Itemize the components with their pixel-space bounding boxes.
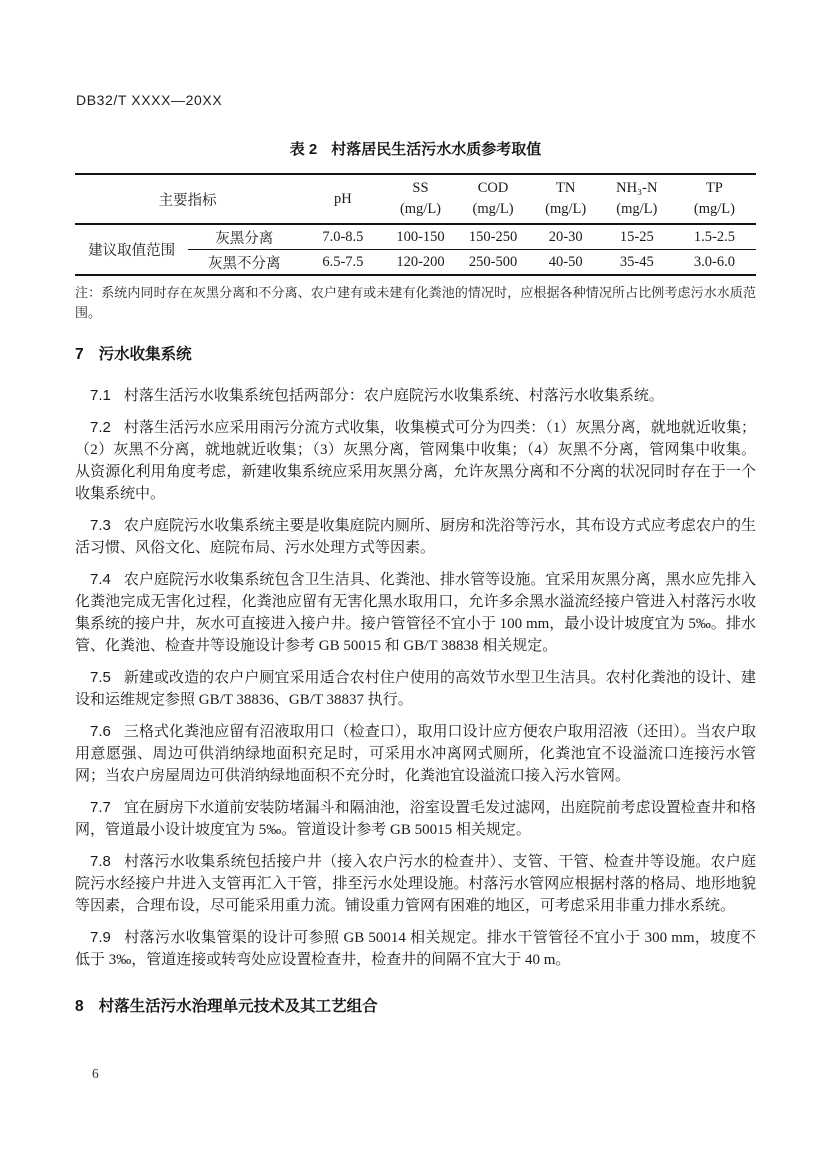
- table-cell: 6.5-7.5: [300, 250, 385, 276]
- table-cell: 3.0-6.0: [673, 250, 756, 276]
- table-cell: 7.0-8.5: [300, 224, 385, 250]
- document-code: DB32/T XXXX—20XX: [76, 92, 222, 108]
- table-cell: 15-25: [601, 224, 673, 250]
- table-header-nh3n: NH₃-N(mg/L): [601, 174, 673, 224]
- table-header-row: 主要指标 pH SS(mg/L) COD(mg/L) TN(mg/L) NH₃-…: [75, 174, 756, 224]
- table-cell: 250-500: [456, 250, 531, 276]
- section-7-heading: 7污水收集系统: [75, 345, 756, 365]
- table-cell: 100-150: [385, 224, 455, 250]
- table-row: 建议取值范围 灰黑分离 7.0-8.5 100-150 150-250 20-3…: [75, 224, 756, 250]
- table-caption-title: 村落居民生活污水水质参考取值: [331, 141, 541, 158]
- clause-7-4: 7.4农户庭院污水收集系统包含卫生洁具、化粪池、排水管等设施。宜采用灰黑分离，黑…: [75, 569, 756, 657]
- section-8-heading: 8村落生活污水治理单元技术及其工艺组合: [75, 997, 756, 1017]
- table-header-tn: TN(mg/L): [531, 174, 601, 224]
- table-header-tp: TP(mg/L): [673, 174, 756, 224]
- clause-7-6: 7.6三格式化粪池应留有沼液取用口（检查口），取用口设计应方便农户取用沼液（还田…: [75, 721, 756, 787]
- table-cell: 35-45: [601, 250, 673, 276]
- clause-7-5: 7.5新建或改造的农户户厕宜采用适合农村住户使用的高效节水型卫生洁具。农村化粪池…: [75, 667, 756, 711]
- section-8-number: 8: [75, 998, 84, 1015]
- table-caption-number: 表 2: [290, 141, 318, 158]
- clause-7-1: 7.1村落生活污水收集系统包括两部分：农户庭院污水收集系统、村落污水收集系统。: [75, 385, 756, 407]
- table-cell: 120-200: [385, 250, 455, 276]
- section-8-title: 村落生活污水治理单元技术及其工艺组合: [99, 998, 378, 1015]
- table-header-ph: pH: [300, 174, 385, 224]
- section-7-number: 7: [75, 346, 84, 363]
- section-7-title: 污水收集系统: [99, 346, 192, 363]
- page-number: 6: [92, 1066, 99, 1082]
- document-body: 表 2村落居民生活污水水质参考取值 主要指标 pH SS(mg/L) COD(m: [75, 138, 756, 1017]
- clause-7-9: 7.9村落污水收集管渠的设计可参照 GB 50014 相关规定。排水干管管径不宜…: [75, 927, 756, 971]
- water-quality-table: 主要指标 pH SS(mg/L) COD(mg/L) TN(mg/L) NH₃-…: [75, 173, 756, 276]
- document-page: DB32/T XXXX—20XX 表 2村落居民生活污水水质参考取值 主要指标 …: [0, 0, 826, 1169]
- table-note: 注：系统内同时存在灰黑分离和不分离、农户建有或未建有化粪池的情况时，应根据各种情…: [75, 283, 756, 323]
- clause-7-8: 7.8村落污水收集系统包括接户井（接入农户污水的检查井）、支管、干管、检查井等设…: [75, 851, 756, 917]
- table-cell: 150-250: [456, 224, 531, 250]
- table-cell: 1.5-2.5: [673, 224, 756, 250]
- table-header-cod: COD(mg/L): [456, 174, 531, 224]
- table-rowgroup-label: 建议取值范围: [75, 224, 188, 275]
- table-cell: 20-30: [531, 224, 601, 250]
- clause-7-2: 7.2村落生活污水应采用雨污分流方式收集，收集模式可分为四类：（1）灰黑分离，就…: [75, 417, 756, 505]
- clause-7-3: 7.3农户庭院污水收集系统主要是收集庭院内厕所、厨房和洗浴等污水，其布设方式应考…: [75, 515, 756, 559]
- table-header-indicator: 主要指标: [75, 174, 300, 224]
- table-row-label: 灰黑不分离: [188, 250, 300, 276]
- table-caption: 表 2村落居民生活污水水质参考取值: [75, 138, 756, 159]
- table-header-ss: SS(mg/L): [385, 174, 455, 224]
- table-cell: 40-50: [531, 250, 601, 276]
- table-row-label: 灰黑分离: [188, 224, 300, 250]
- clause-7-7: 7.7宜在厨房下水道前安装防堵漏斗和隔油池，浴室设置毛发过滤网，出庭院前考虑设置…: [75, 797, 756, 841]
